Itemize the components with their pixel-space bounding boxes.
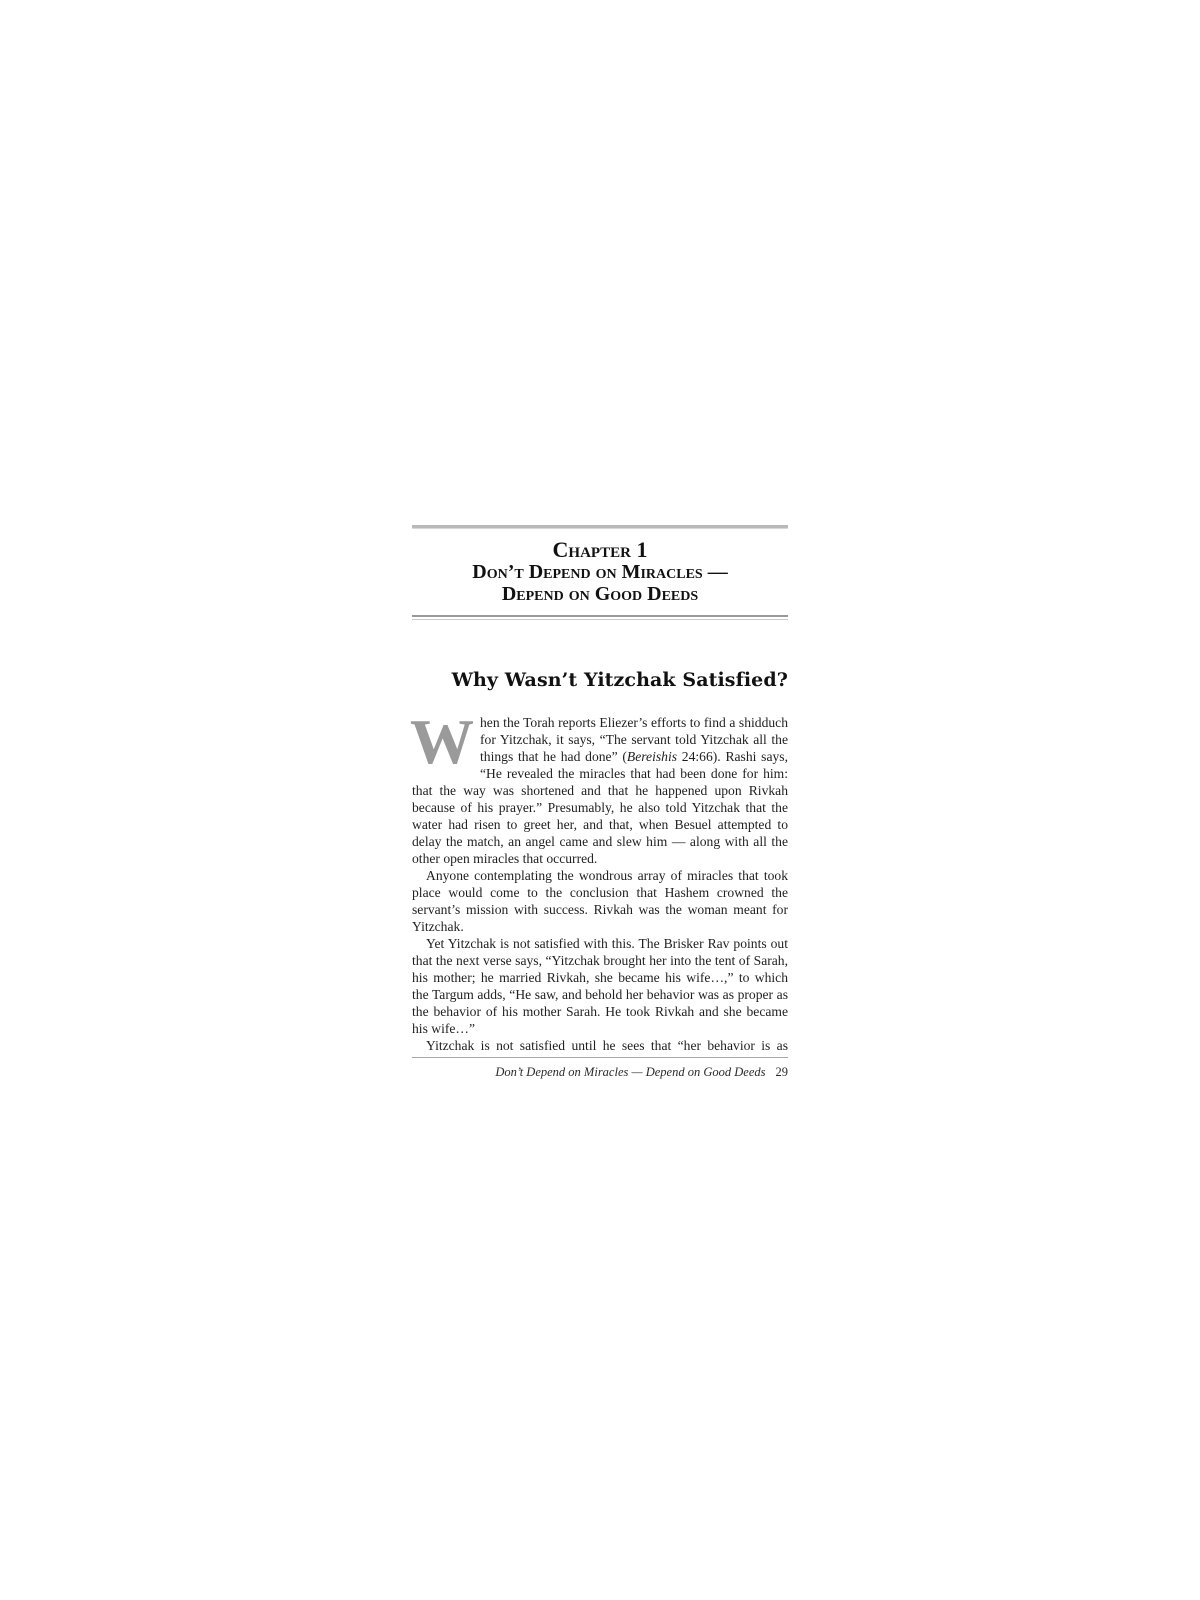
book-page: Chapter 1 Don’t Depend on Miracles — Dep… xyxy=(412,525,788,1054)
paragraph-3: Yet Yitzchak is not satisfied with this.… xyxy=(412,935,788,1037)
drop-cap: W xyxy=(410,717,474,767)
chapter-title-line-1: Don’t Depend on Miracles — xyxy=(412,561,788,583)
page-number: 29 xyxy=(776,1065,789,1079)
citation-book: Bereishis xyxy=(627,749,677,764)
chapter-bottom-rule xyxy=(412,615,788,620)
paragraph-1: When the Torah reports Eliezer’s efforts… xyxy=(412,714,788,867)
page-footer: Don’t Depend on Miracles — Depend on Goo… xyxy=(412,1057,788,1080)
running-head: Don’t Depend on Miracles — Depend on Goo… xyxy=(495,1065,765,1079)
chapter-title-line-2: Depend on Good Deeds xyxy=(412,583,788,605)
footer-rule xyxy=(412,1057,788,1058)
paragraph-2: Anyone contemplating the wondrous array … xyxy=(412,867,788,935)
footer-line: Don’t Depend on Miracles — Depend on Goo… xyxy=(412,1064,788,1080)
paragraph-4: Yitzchak is not satisfied until he sees … xyxy=(412,1037,788,1054)
section-heading: Why Wasn’t Yitzchak Satisfied? xyxy=(412,668,788,692)
chapter-number: Chapter 1 xyxy=(412,539,788,561)
body-text: When the Torah reports Eliezer’s efforts… xyxy=(412,714,788,1054)
chapter-heading: Chapter 1 Don’t Depend on Miracles — Dep… xyxy=(412,529,788,611)
